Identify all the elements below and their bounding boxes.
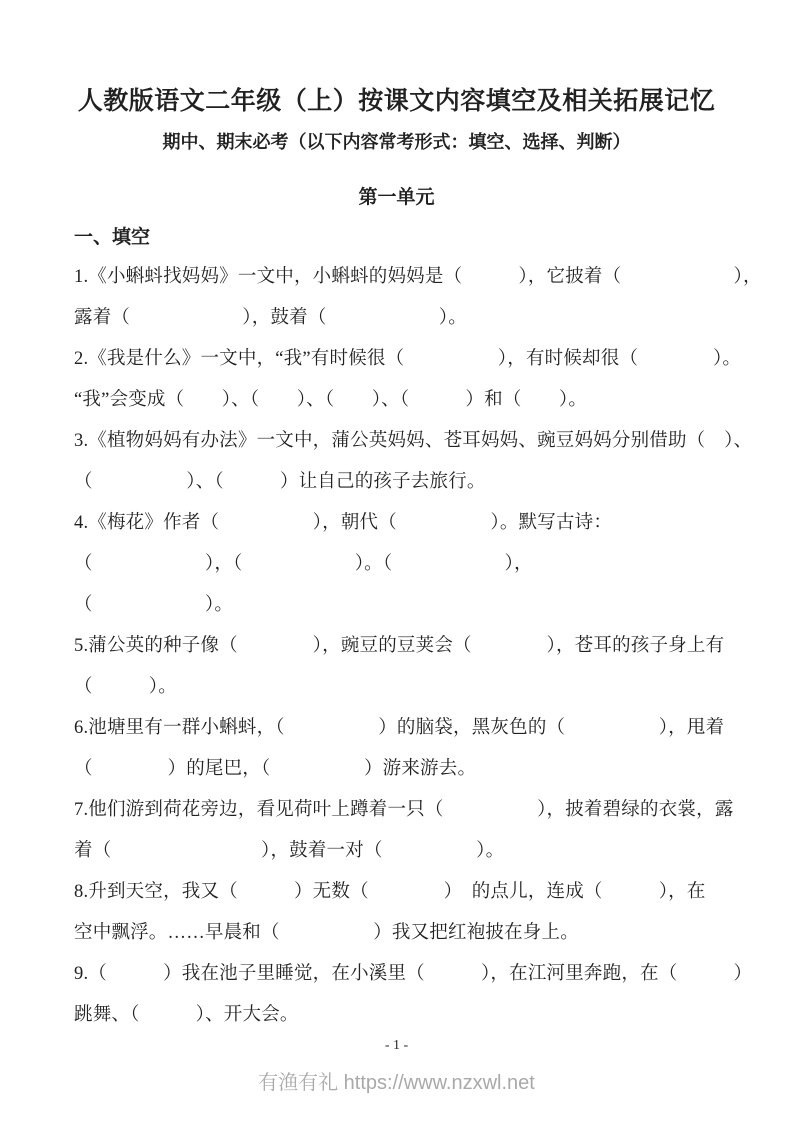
question-3-line-2: （ ）、（ ）让自己的孩子去旅行。	[74, 462, 719, 503]
page-number: - 1 -	[0, 1038, 793, 1054]
question-6-line-1: 6.池塘里有一群小蝌蚪，（ ）的脑袋，黑灰色的（ ），甩着	[74, 708, 719, 749]
question-1-line-2: 露着（ ），鼓着（ ）。	[74, 298, 719, 339]
question-9-line-1: 9.（ ）我在池子里睡觉，在小溪里（ ），在江河里奔跑，在（ ）	[74, 954, 719, 995]
question-4-line-3: （ ）。	[74, 585, 719, 626]
document-title: 人教版语文二年级（上）按课文内容填空及相关拓展记忆	[74, 0, 719, 118]
question-2-line-1: 2.《我是什么》一文中，“我”有时候很（ ），有时候却很（ ）。	[74, 339, 719, 380]
question-list: 1.《小蝌蚪找妈妈》一文中，小蝌蚪的妈妈是（ ），它披着（ ）， 露着（ ），鼓…	[74, 257, 719, 1036]
document-subtitle: 期中、期末必考（以下内容常考形式：填空、选择、判断）	[74, 130, 719, 154]
subsection-heading: 一、填空	[74, 225, 719, 250]
footer-watermark: 有渔有礼 https://www.nzxwl.net	[0, 1066, 793, 1095]
question-2-line-2: “我”会变成（ ）、（ ）、（ ）、（ ）和（ ）。	[74, 380, 719, 421]
question-7-line-2: 着（ ），鼓着一对（ ）。	[74, 831, 719, 872]
question-8-line-2: 空中飘浮。……早晨和（ ）我又把红袍披在身上。	[74, 913, 719, 954]
document-page: 人教版语文二年级（上）按课文内容填空及相关拓展记忆 期中、期末必考（以下内容常考…	[0, 0, 793, 1122]
question-7-line-1: 7.他们游到荷花旁边，看见荷叶上蹲着一只（ ），披着碧绿的衣裳，露	[74, 790, 719, 831]
question-1-line-1: 1.《小蝌蚪找妈妈》一文中，小蝌蚪的妈妈是（ ），它披着（ ），	[74, 257, 719, 298]
question-9-line-2: 跳舞、（ ）、开大会。	[74, 995, 719, 1036]
question-5-line-1: 5.蒲公英的种子像（ ），豌豆的豆荚会（ ），苍耳的孩子身上有	[74, 626, 719, 667]
question-3-line-1: 3.《植物妈妈有办法》一文中，蒲公英妈妈、苍耳妈妈、豌豆妈妈分别借助（ ）、	[74, 421, 719, 462]
question-8-line-1: 8.升到天空，我又（ ）无数（ ） 的点儿，连成（ ），在	[74, 872, 719, 913]
question-6-line-2: （ ）的尾巴，（ ）游来游去。	[74, 749, 719, 790]
question-5-line-2: （ ）。	[74, 667, 719, 708]
question-4-line-1: 4.《梅花》作者（ ），朝代（ ）。默写古诗：	[74, 503, 719, 544]
question-4-line-2: （ ），（ ）。（ ），	[74, 544, 719, 585]
section-heading: 第一单元	[74, 185, 719, 210]
